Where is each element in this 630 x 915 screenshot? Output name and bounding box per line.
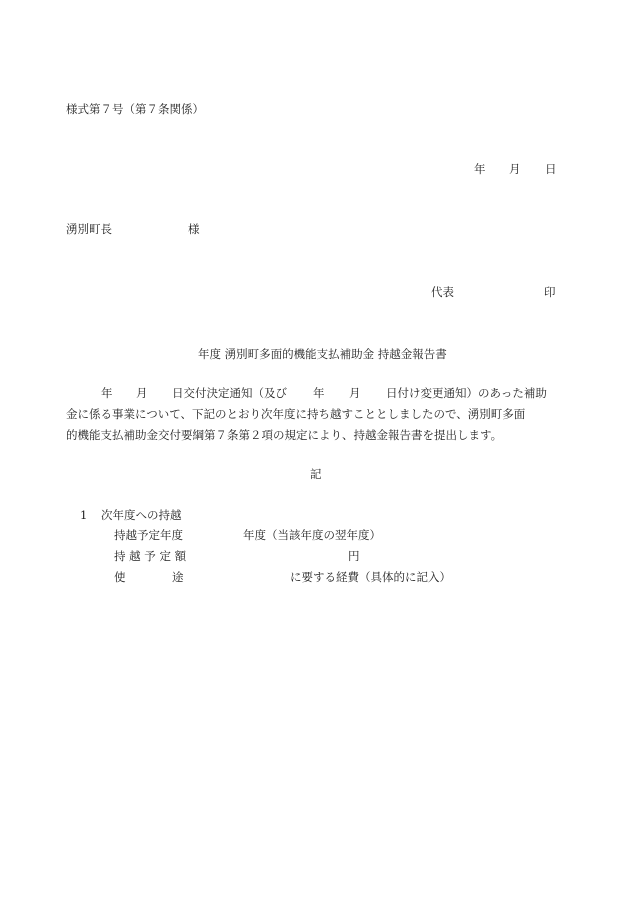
- date-day: 日: [545, 162, 557, 176]
- carryover-year-label: 持越予定年度: [114, 528, 183, 542]
- form-number: 様式第７号（第７条関係）: [66, 102, 204, 116]
- document-title: 年度 湧別町多面的機能支払補助金 持越金報告書: [198, 347, 447, 361]
- representative-label: 代表: [431, 285, 454, 299]
- seal-label: 印: [544, 285, 556, 299]
- ki-label: 記: [310, 467, 322, 481]
- body-month2: 月: [349, 386, 361, 400]
- date-month: 月: [509, 162, 521, 176]
- carryover-amount-unit: 円: [348, 549, 360, 563]
- body-text2: 日付け変更通知）のあった補助: [386, 386, 547, 400]
- section-number: 1: [80, 508, 87, 522]
- body-year2: 年: [313, 386, 325, 400]
- carryover-year-value: 年度（当該年度の翌年度）: [243, 528, 381, 542]
- usage-value: に要する経費（具体的に記入）: [290, 570, 451, 584]
- date-year: 年: [474, 162, 486, 176]
- body-line2: 金に係る事業について、下記のとおり次年度に持ち越すこととしましたので、湧別町多面: [66, 407, 525, 421]
- body-year: 年: [101, 386, 113, 400]
- section-heading: 次年度への持越: [101, 508, 182, 522]
- body-month: 月: [136, 386, 148, 400]
- addressee-name: 湧別町長: [66, 222, 112, 236]
- usage-label-b: 途: [172, 570, 184, 584]
- carryover-amount-label: 持 越 予 定 額: [114, 549, 186, 563]
- usage-label-a: 使: [114, 570, 126, 584]
- body-text1: 日交付決定通知（及び: [172, 386, 287, 400]
- body-line3: 的機能支払補助金交付要綱第７条第２項の規定により、持越金報告書を提出します。: [66, 428, 502, 442]
- addressee-honorific: 様: [188, 222, 200, 236]
